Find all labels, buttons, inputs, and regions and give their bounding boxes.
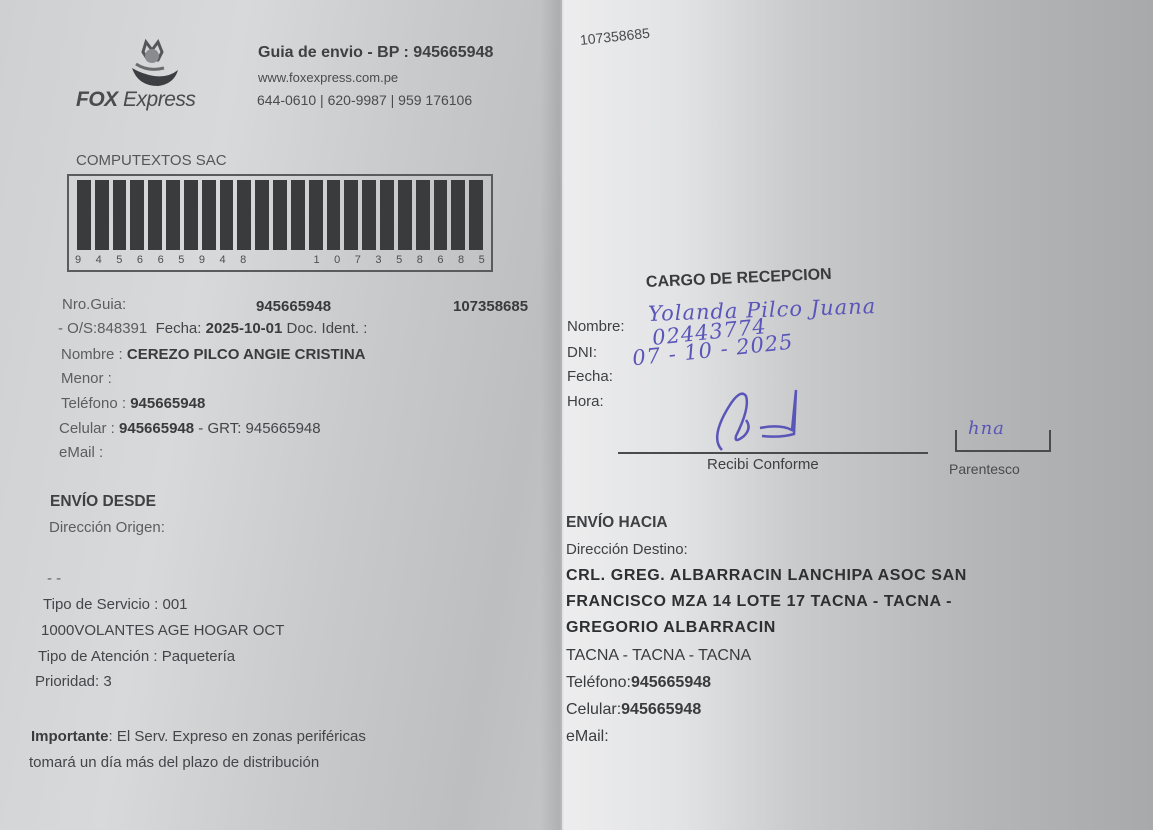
grt-value: - GRT: 945665948 [198, 420, 320, 437]
barcode-bar [469, 180, 483, 250]
tipo-servicio: Tipo de Servicio : 001 [43, 596, 188, 613]
fox-logo-icon [128, 38, 184, 90]
destination-celular-label: Celular: [566, 701, 621, 718]
barcode-bar [255, 180, 269, 250]
barcode-digit: 9 [75, 254, 81, 266]
menor-label: Menor : [61, 370, 112, 387]
barcode-digit: 5 [178, 254, 184, 266]
barcode-digit: 5 [116, 254, 122, 266]
barcode-digit: 6 [137, 254, 143, 266]
destination-telefono-label: Teléfono: [566, 674, 631, 691]
barcode-digit [261, 254, 264, 266]
destination-region: TACNA - TACNA - TACNA [566, 647, 751, 665]
nro-guia-label: Nro.Guia: [62, 296, 126, 313]
celular-line: Celular : 945665948 - GRT: 945665948 [59, 420, 321, 437]
destination-telefono-value: 945665948 [631, 674, 711, 691]
website-link: www.foxexpress.com.pe [258, 70, 398, 85]
tipo-atencion: Tipo de Atención : Paquetería [38, 648, 235, 665]
company-phones: 644-0610 | 620-9987 | 959 176106 [257, 92, 472, 108]
notice-label: Importante [31, 728, 109, 745]
barcode-digit: 4 [96, 254, 102, 266]
brand-bold: FOX [76, 88, 118, 111]
guide-title: Guia de envio - BP : 945665948 [258, 44, 493, 62]
barcode-digit: 1 [314, 254, 320, 266]
address-line-2: FRANCISCO MZA 14 LOTE 17 TACNA - TACNA - [566, 593, 952, 611]
guide-left-half [0, 0, 562, 830]
barcode-digit: 0 [334, 254, 340, 266]
telefono-label: Teléfono : [61, 395, 126, 412]
notice-text-2: tomará un día más del plazo de distribuc… [29, 754, 319, 771]
barcode-digit: 8 [458, 254, 464, 266]
direccion-origen-label: Dirección Origen: [49, 519, 165, 536]
os-number: - O/S:848391 [58, 320, 147, 337]
brand-light: Express [123, 88, 195, 111]
barcode-digit: 8 [240, 254, 246, 266]
barcode-bar [273, 180, 287, 250]
signature-icon [700, 378, 810, 458]
barcode-bar [309, 180, 323, 250]
barcode-bar [416, 180, 430, 250]
recibi-conforme-label: Recibi Conforme [707, 456, 819, 473]
parentesco-handwritten: hna [968, 418, 1005, 439]
barcode-bar [95, 180, 109, 250]
barcode-digit [278, 254, 281, 266]
barcode-bar [327, 180, 341, 250]
nombre-value: CEREZO PILCO ANGIE CRISTINA [127, 346, 366, 363]
barcode-digit: 7 [355, 254, 361, 266]
signature-line [618, 452, 928, 454]
nro-guia-value: 945665948 [256, 298, 331, 315]
envio-desde-heading: ENVÍO DESDE [50, 493, 156, 511]
destination-celular-value: 945665948 [621, 701, 701, 718]
barcode-digit: 5 [396, 254, 402, 266]
direccion-origen-value: - - [47, 570, 61, 587]
barcode-digits: 945665948 107358685 [75, 254, 485, 266]
nombre-label: Nombre : [61, 346, 123, 363]
parentesco-label: Parentesco [949, 461, 1020, 477]
barcode-digit: 6 [437, 254, 443, 266]
barcode-digit: 6 [158, 254, 164, 266]
barcode-bar [451, 180, 465, 250]
celular-label: Celular : [59, 420, 115, 437]
receiver-nombre-label: Nombre: [567, 318, 625, 335]
address-line-3: GREGORIO ALBARRACIN [566, 619, 776, 637]
barcode-bar [434, 180, 448, 250]
barcode-bar [148, 180, 162, 250]
barcode-bar [220, 180, 234, 250]
receiver-fecha-label: Fecha: [567, 368, 613, 385]
barcode-bar [380, 180, 394, 250]
barcode-bar [130, 180, 144, 250]
sender-company: COMPUTEXTOS SAC [76, 152, 227, 169]
service-description: 1000VOLANTES AGE HOGAR OCT [41, 622, 284, 639]
fecha-label: Fecha: [156, 320, 202, 337]
doc-ident-label: Doc. Ident. : [287, 320, 368, 337]
destination-email-label: eMail: [566, 728, 609, 746]
receiver-hora-label: Hora: [567, 393, 604, 410]
important-notice: Importante: El Serv. Expreso en zonas pe… [31, 728, 366, 745]
telefono-line: Teléfono : 945665948 [61, 395, 205, 412]
fecha-value: 2025-10-01 [206, 320, 283, 337]
paper-fold [540, 0, 564, 830]
envio-hacia-heading: ENVÍO HACIA [566, 514, 668, 532]
barcode-bar [166, 180, 180, 250]
order-line: - O/S:848391 Fecha: 2025-10-01 Doc. Iden… [58, 320, 367, 337]
barcode-bar [362, 180, 376, 250]
brand-name: FOX Express [76, 88, 195, 112]
receiver-dni-label: DNI: [567, 344, 597, 361]
barcode-bar [77, 180, 91, 250]
celular-value: 945665948 [119, 420, 194, 437]
destination-celular: Celular:945665948 [566, 701, 701, 719]
barcode-digit: 9 [199, 254, 205, 266]
notice-text-1: : El Serv. Expreso en zonas periféricas [109, 728, 366, 745]
barcode-digit: 4 [219, 254, 225, 266]
barcode-digit: 8 [417, 254, 423, 266]
nro-guia-code: 107358685 [453, 298, 528, 315]
barcode-digit: 3 [375, 254, 381, 266]
direccion-destino-label: Dirección Destino: [566, 541, 688, 558]
nombre-line: Nombre : CEREZO PILCO ANGIE CRISTINA [61, 346, 365, 363]
barcode-bar [344, 180, 358, 250]
barcode-bar [113, 180, 127, 250]
barcode-digit: 5 [479, 254, 485, 266]
email-label: eMail : [59, 444, 103, 461]
barcode-bar [202, 180, 216, 250]
prioridad: Prioridad: 3 [35, 673, 112, 690]
destination-telefono: Teléfono:945665948 [566, 674, 711, 692]
address-line-1: CRL. GREG. ALBARRACIN LANCHIPA ASOC SAN [566, 567, 967, 585]
telefono-value: 945665948 [130, 395, 205, 412]
barcode-bar [291, 180, 305, 250]
barcode-bar [398, 180, 412, 250]
barcode-digit [296, 254, 299, 266]
barcode: 945665948 107358685 [67, 174, 493, 272]
barcode-bar [237, 180, 251, 250]
barcode-bar [184, 180, 198, 250]
barcode-bars [77, 180, 483, 250]
